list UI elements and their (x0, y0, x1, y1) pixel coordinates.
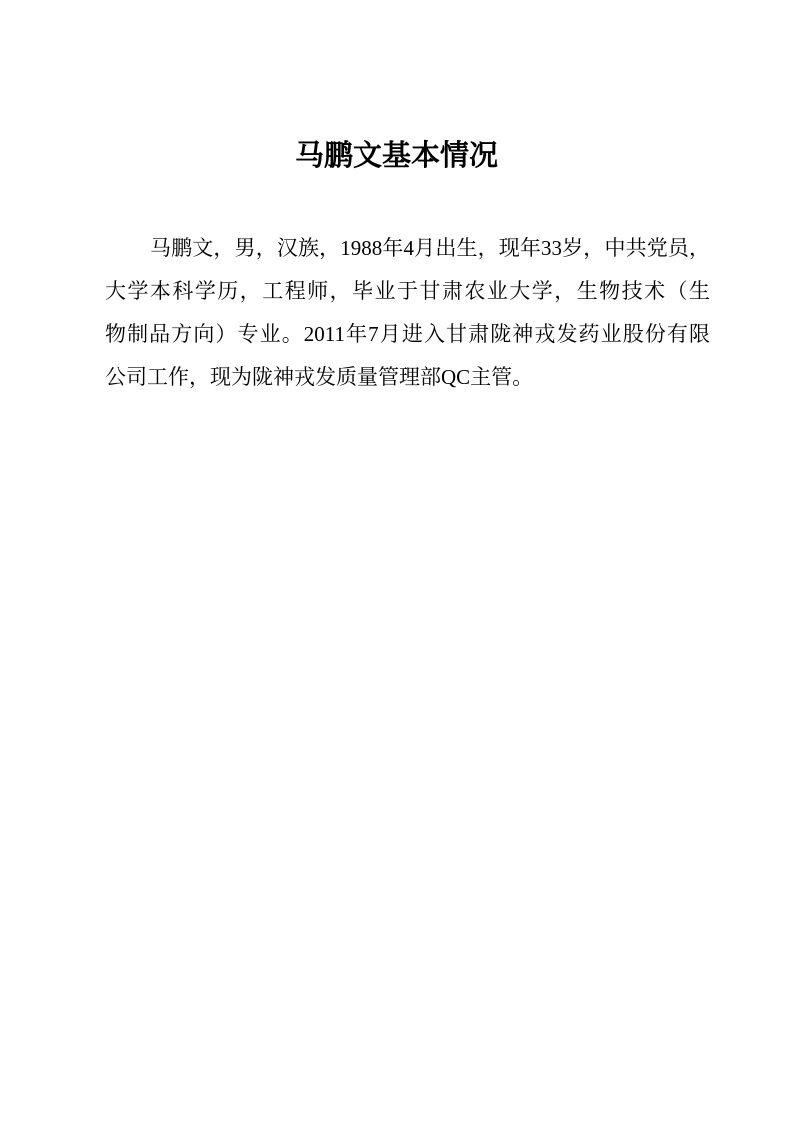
paragraph-line: 大学本科学历，工程师，毕业于甘肃农业大学，生物技术（生 (105, 270, 710, 313)
document-page: 马鹏文基本情况 马鹏文，男，汉族，1988年4月出生，现年33岁，中共党员， 大… (0, 0, 793, 1122)
paragraph-line: 物制品方向）专业。2011年7月进入甘肃陇神戎发药业股份有限 (105, 313, 710, 356)
document-paragraph: 马鹏文，男，汉族，1988年4月出生，现年33岁，中共党员， 大学本科学历，工程… (105, 227, 710, 399)
paragraph-line: 公司工作，现为陇神戎发质量管理部QC主管。 (105, 356, 710, 399)
paragraph-line: 马鹏文，男，汉族，1988年4月出生，现年33岁，中共党员， (105, 227, 710, 270)
document-title: 马鹏文基本情况 (0, 136, 793, 176)
